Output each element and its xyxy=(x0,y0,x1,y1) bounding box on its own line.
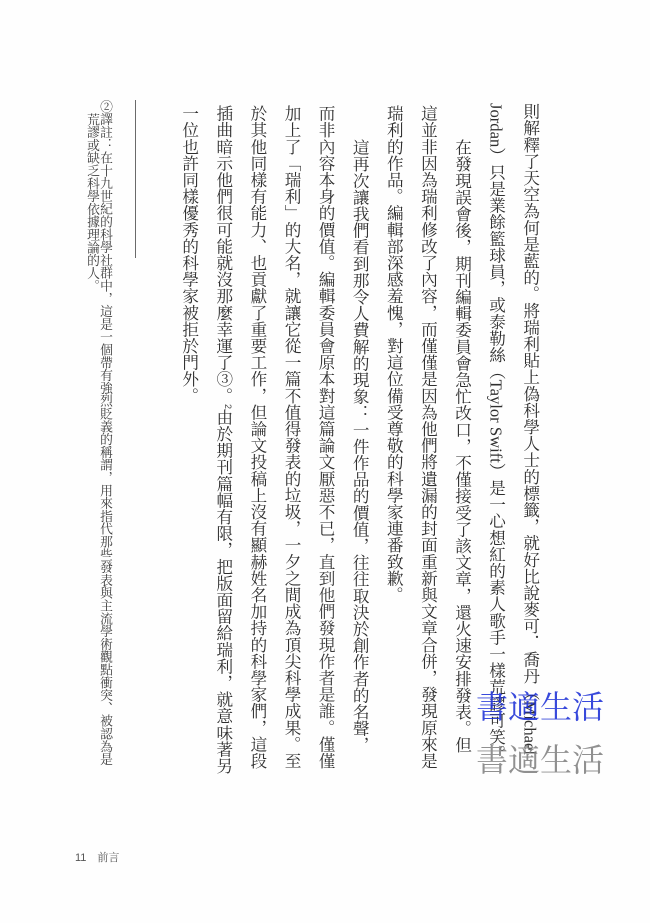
book-page: 則解釋了天空為何是藍的。將瑞利貼上偽科學人士的標籤，就好比說麥可．喬丹（Mich… xyxy=(0,0,650,923)
watermark-blue: 書適生活 xyxy=(476,690,604,724)
section-title: 前言 xyxy=(97,852,119,864)
body-text: 。僅僅 xyxy=(316,719,335,769)
body-column-5: 瑞利的作品。編輯部深感羞愧，對這位備受尊敬的科學家連番致歉。 xyxy=(385,105,402,603)
body-text: 由於期刊篇幅有限，把版面留給瑞利，就意味著另 xyxy=(214,409,233,774)
page-number: 11 xyxy=(75,852,86,864)
body-column-8: 加上了「瑞利」的大名，就讓它從一篇不值得發表的垃圾，一夕之間成為頂尖科學成果。至 xyxy=(283,105,300,769)
page-footer: 11前言 xyxy=(75,849,119,865)
body-text: 插曲暗示他們很可能就沒那麼幸運了③。 xyxy=(214,105,233,404)
body-column-2: Jordan）只是業餘籃球員，或泰勒絲（Taylor Swift）是一心想紅的素… xyxy=(488,103,505,762)
body-column-9: 於其他同樣有能力、也貢獻了重要工作，但論文投稿上沒有顯赫姓名加持的科學家們，這段 xyxy=(249,105,266,769)
footnote-line-2: 荒謬或缺乏科學依據理論的人。 xyxy=(85,113,98,292)
footnote-separator xyxy=(135,100,136,258)
emphasis-text: 直到他們發現作者是誰 xyxy=(316,553,335,719)
body-column-6-paragraph-start: 這再次讓我們看到那令人費解的現象：一件作品的價值，往往取決於創作者的名聲， xyxy=(351,139,368,753)
body-column-11: 一位也許同樣優秀的科學家被拒於門外。 xyxy=(181,105,198,404)
endnote-reference: 2 xyxy=(223,404,233,409)
body-column-7: 而非內容本身的價值。編輯委員會原本對這篇論文厭惡不已，直到他們發現作者是誰。僅僅 xyxy=(317,105,334,769)
watermark-gray: 書適生活 xyxy=(476,743,604,777)
body-column-4: 這並非因為瑞利修改了內容，而僅僅是因為他們將遺漏的封面重新與文章合併，發現原來是 xyxy=(419,105,436,769)
footnote-line-1: ②譯註：在十九世紀的科學社群中，這是一個帶有強烈貶義的稱謂，用來指代那些發表與主… xyxy=(98,100,111,766)
body-column-3-paragraph-start: 在發現誤會後，期刊編輯委員會急忙改口，不僅接受了該文章，還火速安排發表。但 xyxy=(454,139,471,753)
body-text: 而非內容本身的價值。編輯委員會原本對這篇論文厭惡不已， xyxy=(316,105,335,553)
body-column-10: 插曲暗示他們很可能就沒那麼幸運了③。2由於期刊篇幅有限，把版面留給瑞利，就意味著… xyxy=(215,105,232,774)
body-column-1: 則解釋了天空為何是藍的。將瑞利貼上偽科學人士的標籤，就好比說麥可．喬丹（Mich… xyxy=(522,103,539,755)
